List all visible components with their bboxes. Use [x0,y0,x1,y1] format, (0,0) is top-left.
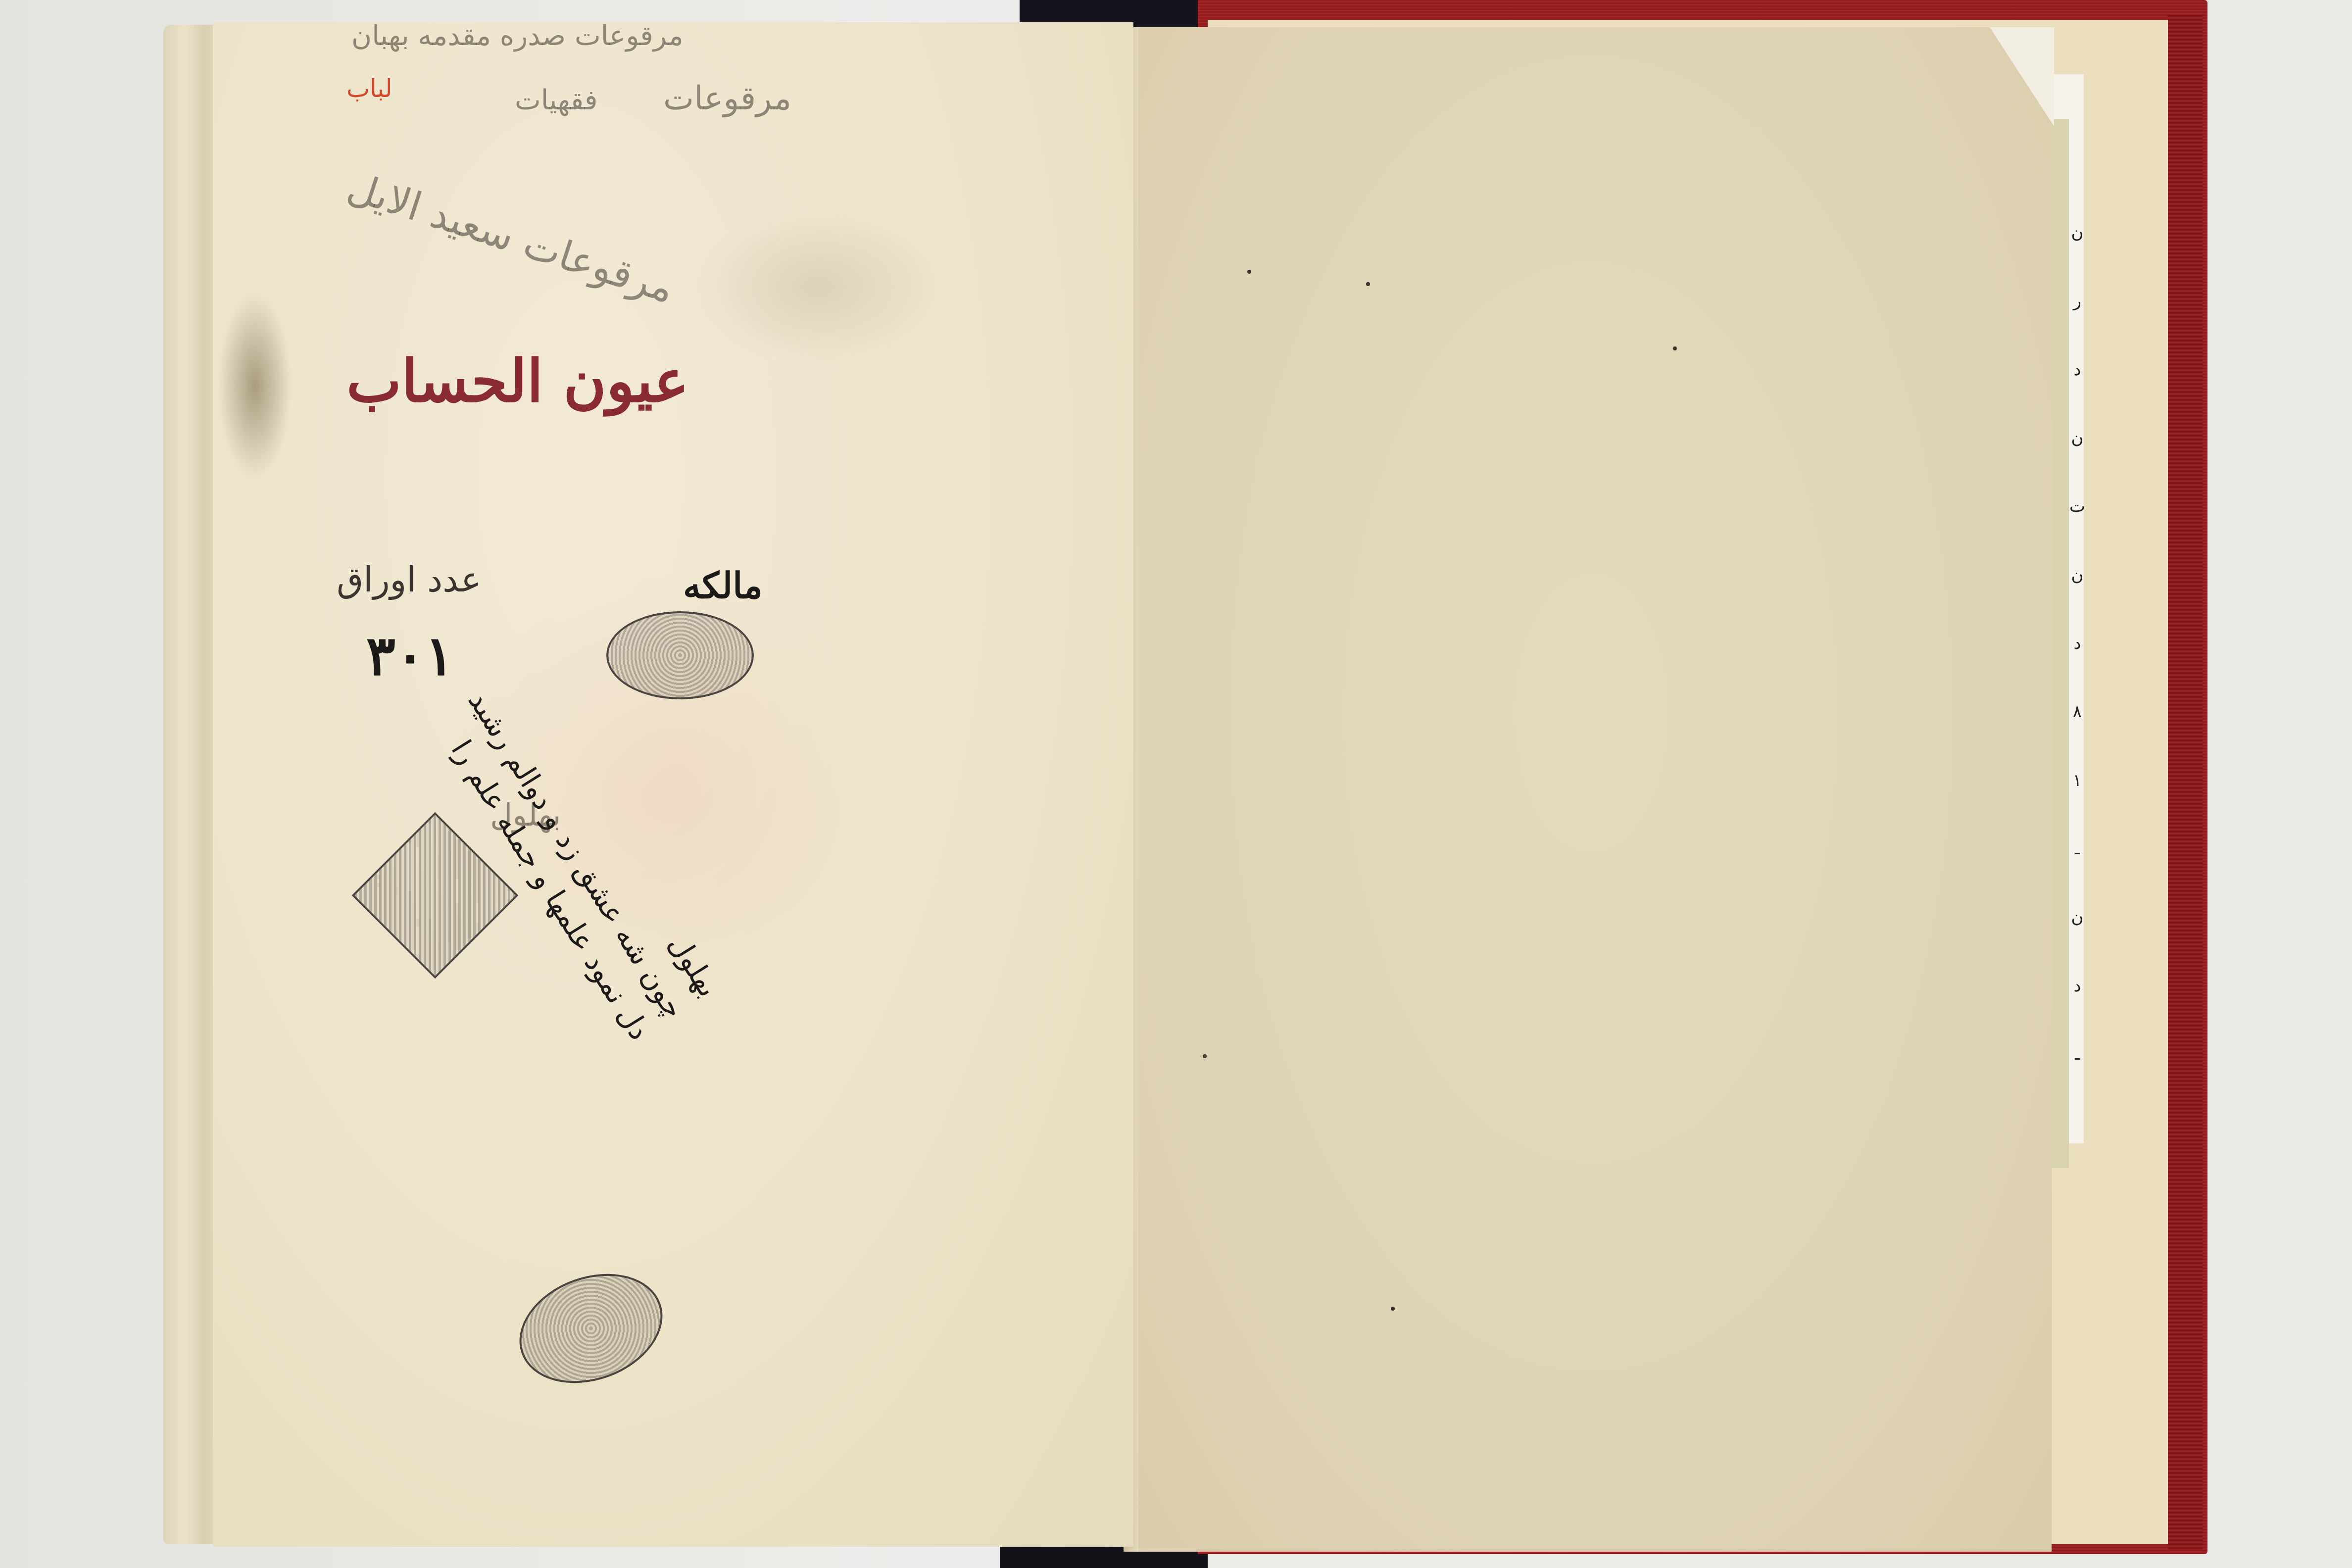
strip-char: ن [2071,428,2084,448]
right-cover-edge [2168,15,2203,1549]
faint-note: فقهيات [515,84,598,116]
ink-speck [1366,282,1370,286]
red-note: لباب [346,74,392,103]
strip-char: د [2073,634,2081,653]
strip-char: ١ [2073,771,2082,790]
right-page [1131,27,2052,1552]
oval-seal-stamp [606,611,754,699]
ink-speck [1203,1054,1207,1058]
folio-count-number: ٣٠١ [366,624,454,687]
strip-char: ن [2071,907,2084,927]
ink-speck [1391,1307,1395,1311]
strip-characters: ن ر د ن ت ن د ٨ ١ ـ ن د ـ [2070,223,2085,1064]
folio-count-label: عدد اوراق [337,559,482,600]
manuscript-title: عيون الحساب [346,346,689,415]
top-note: مرقوعات صدره مقدمه بهبان [351,20,684,52]
ink-speck [1673,346,1677,350]
strip-char: ٨ [2073,702,2082,722]
strip-char: ن [2071,223,2084,243]
stain [693,208,940,366]
strip-char: ر [2073,291,2081,311]
strip-char: د [2073,360,2081,380]
strip-char: ن [2071,565,2084,585]
strip-char: د [2073,976,2081,996]
top-note-2: مرقوعات [663,79,791,117]
strip-char: ـ [2075,1044,2080,1064]
stain [218,292,292,480]
strip-char: ت [2069,496,2085,516]
ink-speck [1247,270,1251,274]
strip-char: ـ [2075,839,2080,859]
owner-label: مالكه [683,564,763,606]
